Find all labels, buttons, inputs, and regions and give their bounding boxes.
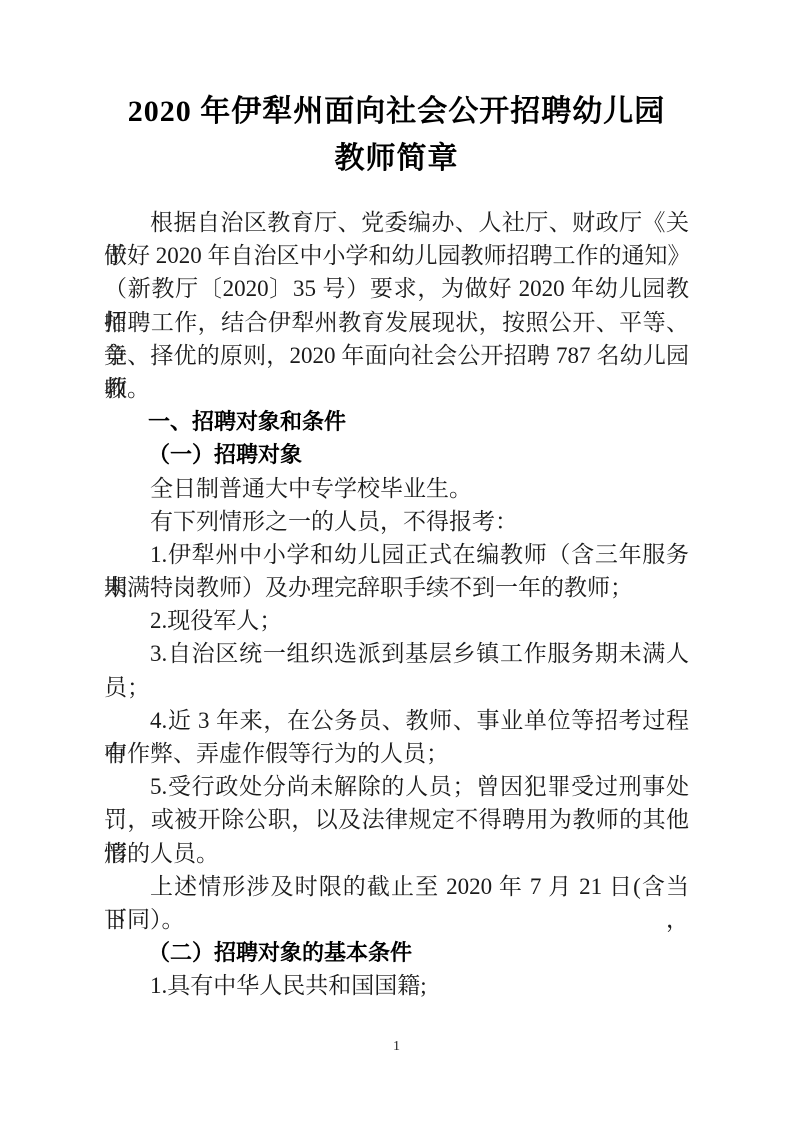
body-line: 有作弊、弄虚作假等行为的人员；	[104, 737, 689, 770]
document-body: 根据自治区教育厅、党委编办、人社厅、财政厅《关于 做好 2020 年自治区中小学…	[104, 206, 689, 1003]
list-item-1: 1.伊犁州中小学和幼儿园正式在编教师（含三年服务期	[104, 538, 689, 571]
list-item-3: 3.自治区统一组织选派到基层乡镇工作服务期未满人	[104, 637, 689, 670]
list-item-5: 5.受行政处分尚未解除的人员；曾因犯罪受过刑事处	[104, 770, 689, 803]
body-line: 根据自治区教育厅、党委编办、人社厅、财政厅《关于	[104, 206, 689, 239]
body-line: 形的人员。	[104, 837, 689, 870]
list-item-4: 4.近 3 年来，在公务员、教师、事业单位等招考过程中	[104, 704, 689, 737]
body-line: 全日制普通大中专学校毕业生。	[104, 472, 689, 505]
section-heading-1: 一、招聘对象和条件	[104, 405, 689, 438]
subsection-heading-1: （一）招聘对象	[104, 438, 689, 471]
body-line: 未满特岗教师）及办理完辞职手续不到一年的教师；	[104, 571, 689, 604]
document-title-line-1: 2020 年伊犁州面向社会公开招聘幼儿园	[0, 88, 793, 135]
list-item-2: 2.现役军人；	[104, 604, 689, 637]
document-title-line-2: 教师简章	[0, 135, 793, 182]
body-line: （新教厅〔2020〕35 号）要求，为做好 2020 年幼儿园教师	[104, 272, 689, 305]
subsection-heading-2: （二）招聘对象的基本条件	[104, 936, 689, 969]
body-line: 做好 2020 年自治区中小学和幼儿园教师招聘工作的通知》	[104, 239, 689, 272]
document-page: 2020 年伊犁州面向社会公开招聘幼儿园 教师简章 根据自治区教育厅、党委编办、…	[0, 0, 793, 1122]
body-line: 罚，或被开除公职，以及法律规定不得聘用为教师的其他情	[104, 803, 689, 836]
body-line: 争、择优的原则，2020 年面向社会公开招聘 787 名幼儿园教	[104, 339, 689, 372]
page-number: 1	[0, 1038, 793, 1056]
body-line: 有下列情形之一的人员，不得报考：	[104, 505, 689, 538]
body-line: 师。	[104, 372, 689, 405]
list-item-basic-1: 1.具有中华人民共和国国籍;	[104, 969, 689, 1002]
body-line: 上述情形涉及时限的截止至 2020 年 7 月 21 日(含当日，	[104, 870, 689, 903]
body-line: 招聘工作，结合伊犁州教育发展现状，按照公开、平等、竞	[104, 306, 689, 339]
body-line: 员；	[104, 671, 689, 704]
document-title: 2020 年伊犁州面向社会公开招聘幼儿园 教师简章	[0, 88, 793, 182]
